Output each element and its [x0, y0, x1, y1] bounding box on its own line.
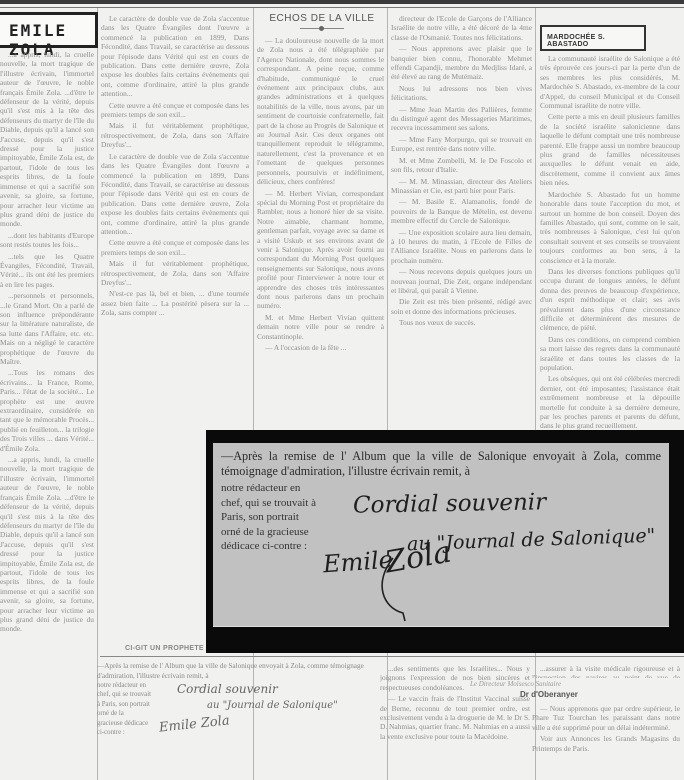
enlarged-clipping-side-text: notre rédacteur en chef, qui se trouvait… — [221, 481, 317, 554]
enlarged-clipping: —Après la remise de l' Album que la vill… — [213, 443, 669, 627]
paragraph: La communauté israélite de Salonique a é… — [540, 54, 680, 110]
paragraph: — Nous recevons depuis quelques jours un… — [391, 267, 532, 295]
paragraph: — Une exposition scolaire aura lieu dema… — [391, 228, 532, 266]
enlarged-clipping-frame: —Après la remise de l' Album que la vill… — [206, 430, 684, 653]
paragraph: Cette œuvre a été conçue et composée dan… — [101, 238, 249, 257]
paragraph: ...personnels et personnels, ...le Grand… — [0, 291, 94, 366]
paragraph: N'est-ce pas là, bel et bien, ... d'une … — [101, 289, 249, 317]
paragraph: — A l'occasion de la fête ... — [257, 343, 384, 352]
small-clipping-intro: —Après la remise de l' Album que la vill… — [97, 662, 367, 681]
paragraph: ...Tous les romans des écrivains... la F… — [0, 368, 94, 453]
paragraph: M. et Mme Herbert Vivian quittent demain… — [257, 313, 384, 341]
paragraph: — La douloureuse nouvelle de la mort de … — [257, 36, 384, 187]
paragraph: ...tels que les Quatre Évangiles, Fécond… — [0, 252, 94, 290]
paragraph: ...a appris, lundi, la cruelle nouvelle,… — [0, 455, 94, 634]
paragraph: Le caractère de double vue de Zola s'acc… — [101, 152, 249, 237]
paragraph: ...a appris, lundi, la cruelle nouvelle,… — [0, 50, 94, 229]
paragraph: ...dont les habitants d'Europe sont rest… — [0, 231, 94, 250]
abastado-heading: MARDOCHÉE S. ABASTADO — [542, 27, 644, 48]
column-4: directeur de l'Ecole de Garçons de l'All… — [391, 14, 532, 434]
emile-zola-heading-box: EMILE ZOLA — [0, 12, 98, 48]
enlarged-clipping-intro: —Après la remise de l' Album que la vill… — [221, 449, 661, 479]
paragraph: — M. Herbert Vivian, correspondant spéci… — [257, 189, 384, 311]
heading-ornament-dot — [319, 26, 324, 31]
paragraph: Voir aux Annonces les Grands Magasins du… — [532, 734, 680, 753]
masthead-rule — [0, 0, 684, 4]
paragraph: Cette œuvre a été conçue et composée dan… — [101, 101, 249, 120]
echos-de-la-ville-heading: ECHOS DE LA VILLE — [262, 13, 382, 24]
ci-git-un-prophete-heading: CI-GIT UN PROPHETE — [125, 645, 204, 652]
signature-role: Le Directeur Moïsesco Sanitaire — [470, 680, 561, 688]
paragraph: — Mme Jean Martin des Pallières, femme d… — [391, 105, 532, 133]
column-5-bottom-a: ...assurer à la visite médicale rigoureu… — [532, 664, 680, 678]
paragraph: — Mme Fany Morpurgo, qui se trouvait en … — [391, 135, 532, 154]
section-rule — [100, 656, 684, 657]
paragraph: — Nous apprenons avec plaisir que le ban… — [391, 44, 532, 82]
small-handwriting-line-2: au "Journal de Salonique" — [207, 700, 338, 711]
signature-flourish-icon — [363, 553, 433, 623]
paragraph: Nous lui adressons nos bien vives félici… — [391, 84, 532, 103]
column-5-bottom-b: — Nous apprenons que par ordre supérieur… — [532, 704, 680, 774]
column-1: ...a appris, lundi, la cruelle nouvelle,… — [0, 50, 94, 768]
paragraph: — M. M. Minassian, directeur des Atelier… — [391, 177, 532, 196]
column-3: — La douloureuse nouvelle de la mort de … — [257, 36, 384, 431]
signature-name: Dr d'Oberanyer — [520, 690, 578, 699]
small-handwriting-line-1: Cordial souvenir — [177, 682, 278, 696]
paragraph: Mais il fut véritablement prophétique, r… — [101, 121, 249, 149]
abastado-heading-box: MARDOCHÉE S. ABASTADO — [540, 25, 646, 51]
paragraph: Mais il fut véritablement prophétique, r… — [101, 259, 249, 287]
paragraph: directeur de l'Ecole de Garçons de l'All… — [391, 14, 532, 42]
paragraph: — M. Basile E. Alamanolis, fondé de pouv… — [391, 197, 532, 225]
paragraph: — Nous apprenons que par ordre supérieur… — [532, 704, 680, 732]
paragraph: Le caractère de double vue de Zola s'acc… — [101, 14, 249, 99]
small-signature: Emile Zola — [158, 713, 230, 735]
column-5: La communauté israélite de Salonique a é… — [540, 54, 680, 430]
paragraph: — Le vaccin frais de l'Institut Vaccinal… — [380, 694, 530, 741]
paragraph: Dans les diverses fonctions publiques qu… — [540, 267, 680, 333]
paragraph: Die Zeit est très bien présenté, rédigé … — [391, 297, 532, 316]
paragraph: Mardochée S. Abastado fut un homme honor… — [540, 190, 680, 265]
small-dedication-clipping: —Après la remise de l' Album que la vill… — [97, 662, 372, 772]
paragraph: Les obsèques, qui ont été célébrées merc… — [540, 374, 680, 430]
paragraph: Dans ces conditions, on comprend combien… — [540, 335, 680, 373]
paragraph: Tous nos vœux de succès. — [391, 318, 532, 327]
paragraph: ...assurer à la visite médicale rigoureu… — [532, 664, 680, 678]
paragraph: M. et Mme Zombelli, M. le De Foscolo et … — [391, 156, 532, 175]
small-clipping-side-text: notre rédacteur en chef, qui se trouvait… — [97, 681, 151, 737]
paragraph: Cette perte a mis en deuil plusieurs fam… — [540, 112, 680, 187]
handwriting-cordial-souvenir: Cordial souvenir — [353, 489, 547, 518]
masthead-rule-thin — [0, 7, 684, 8]
